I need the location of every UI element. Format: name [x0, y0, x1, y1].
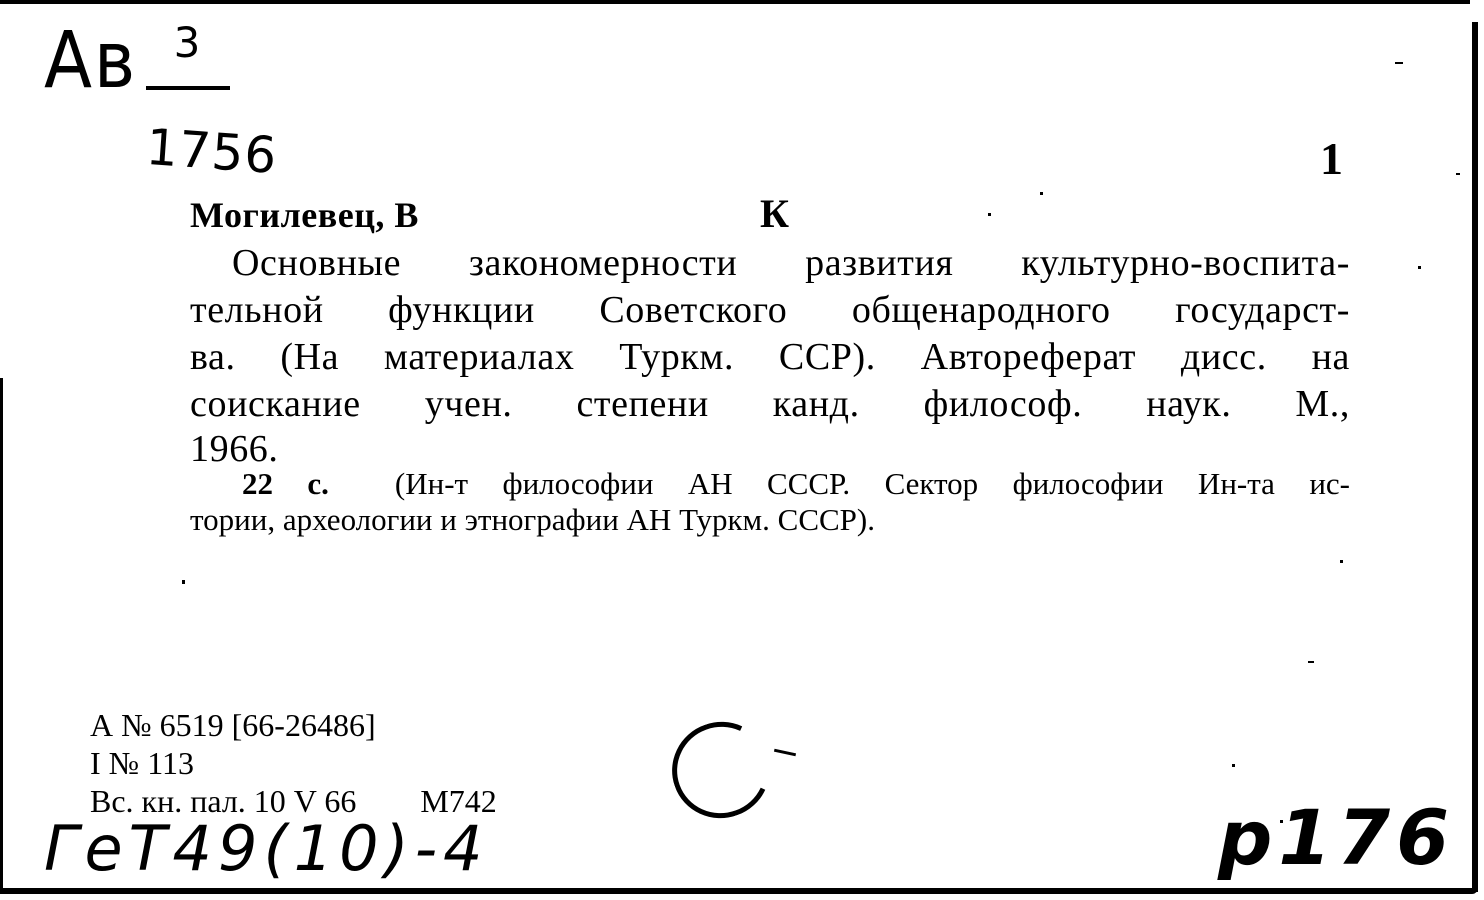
author-heading: Могилевец, В	[190, 194, 419, 236]
class-letter: К	[760, 190, 789, 237]
card-border-top	[0, 0, 1470, 4]
registry-line-1: А № 6519 [66-26486]	[90, 706, 497, 744]
fraction-bar	[146, 86, 230, 90]
scan-speck	[988, 213, 991, 216]
series-line: 22 с.(Ин-т философии АН СССР. Сектор фил…	[190, 466, 1350, 502]
title-line: ва. (На материалах Туркм. ССР). Авторефе…	[190, 334, 1350, 381]
series-line: тории, археологии и этнографии АН Туркм.…	[190, 502, 1350, 538]
title-description: Основные закономерности развития культур…	[190, 240, 1350, 473]
card-border-left	[0, 378, 3, 894]
title-line: тельной функции Советского общенародного…	[190, 287, 1350, 334]
scan-speck	[1040, 192, 1043, 195]
stamp-mark	[774, 749, 796, 757]
handwritten-shelf-mark: ГеТ49(10)-4	[44, 818, 489, 880]
scan-speck	[182, 580, 185, 584]
handwritten-corner-mark: р176	[1218, 800, 1455, 876]
handwritten-call-number: 1756	[145, 122, 279, 181]
scan-speck	[1308, 661, 1314, 663]
scan-speck	[1232, 764, 1235, 767]
card-border-bottom	[0, 888, 1478, 894]
registry-footer: А № 6519 [66-26486] I № 113 Вс. кн. пал.…	[90, 706, 497, 820]
handwritten-fraction: 3	[146, 22, 230, 90]
registry-line-2: I № 113	[90, 744, 497, 782]
page-count: 22 с.	[242, 466, 329, 501]
circle-stamp-icon	[659, 708, 784, 832]
scan-speck	[1395, 62, 1403, 64]
series-text: (Ин-т философии АН СССР. Сектор философи…	[395, 466, 1350, 501]
card-number: 1	[1320, 132, 1343, 185]
title-line: Основные закономерности развития культур…	[190, 240, 1350, 287]
scan-speck	[1456, 173, 1460, 175]
title-line: соискание учен. степени канд. философ. н…	[190, 381, 1350, 428]
card-border-right	[1472, 22, 1478, 892]
scan-speck	[1418, 266, 1421, 269]
series-note: 22 с.(Ин-т философии АН СССР. Сектор фил…	[190, 466, 1350, 538]
scan-speck	[1340, 560, 1343, 563]
scan-speck	[1280, 820, 1283, 823]
handwritten-fraction-numerator: 3	[146, 22, 230, 64]
handwritten-collection-prefix: Ав	[44, 22, 137, 100]
